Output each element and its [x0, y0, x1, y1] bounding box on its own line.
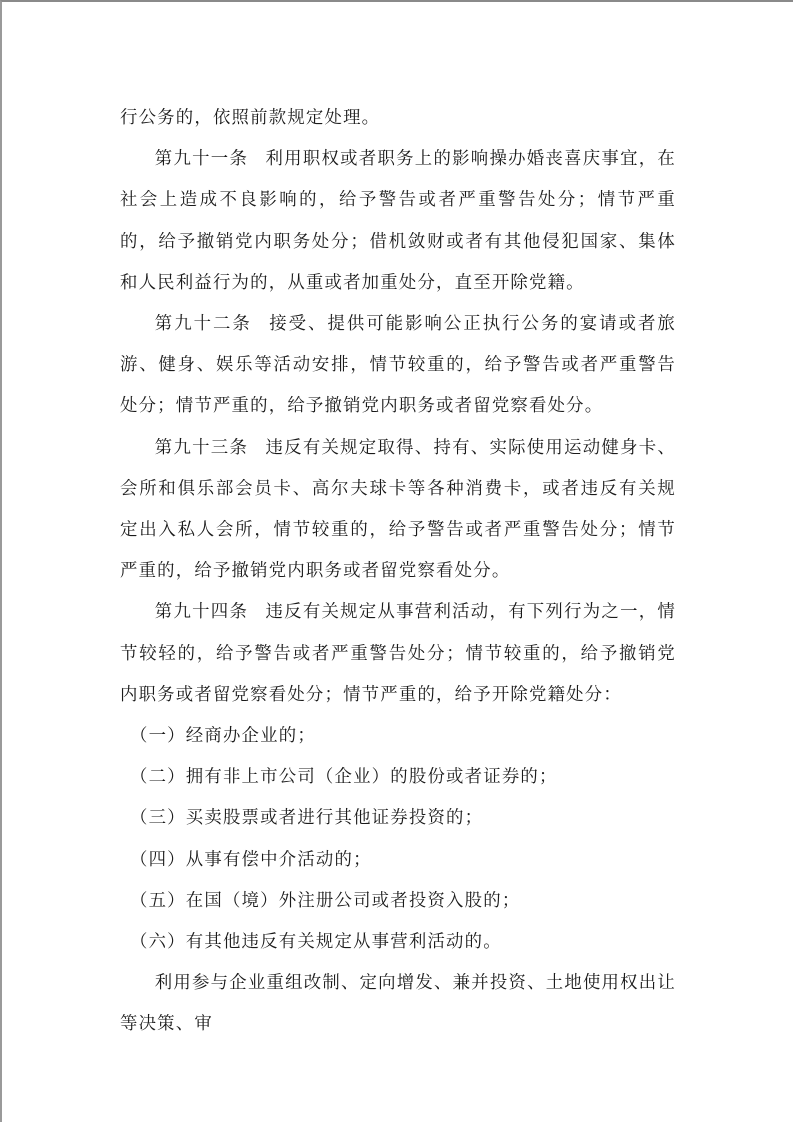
article-number: 第九十四条	[155, 602, 248, 622]
article-number: 第九十二条	[155, 314, 252, 334]
article-93: 第九十三条违反有关规定取得、持有、实际使用运动健身卡、会所和俱乐部会员卡、高尔夫…	[120, 428, 676, 593]
article-text: 利用职权或者职务上的影响操办婚丧喜庆事宜，在社会上造成不良影响的，给予警告或者严…	[120, 149, 676, 293]
article-text: 违反有关规定取得、持有、实际使用运动健身卡、会所和俱乐部会员卡、高尔夫球卡等各种…	[120, 438, 676, 582]
list-item: （六）有其他违反有关规定从事营利活动的。	[120, 922, 676, 963]
document-page: 行公务的，依照前款规定处理。 第九十一条利用职权或者职务上的影响操办婚丧喜庆事宜…	[2, 2, 793, 1122]
article-number: 第九十一条	[155, 149, 248, 169]
article-94: 第九十四条违反有关规定从事营利活动，有下列行为之一，情节较轻的，给予警告或者严重…	[120, 592, 676, 716]
trailing-paragraph: 利用参与企业重组改制、定向增发、兼并投资、土地使用权出让等决策、审	[120, 963, 676, 1045]
violation-list: （一）经商办企业的； （二）拥有非上市公司（企业）的股份或者证券的； （三）买卖…	[120, 716, 676, 963]
article-91: 第九十一条利用职权或者职务上的影响操办婚丧喜庆事宜，在社会上造成不良影响的，给予…	[120, 139, 676, 304]
article-number: 第九十三条	[155, 438, 248, 458]
list-item: （一）经商办企业的；	[120, 716, 676, 757]
list-item: （五）在国（境）外注册公司或者投资入股的；	[120, 881, 676, 922]
list-item: （二）拥有非上市公司（企业）的股份或者证券的；	[120, 757, 676, 798]
list-item: （三）买卖股票或者进行其他证券投资的；	[120, 798, 676, 839]
continuation-paragraph: 行公务的，依照前款规定处理。	[120, 98, 676, 139]
article-92: 第九十二条接受、提供可能影响公正执行公务的宴请或者旅游、健身、娱乐等活动安排，情…	[120, 304, 676, 428]
list-item: （四）从事有偿中介活动的；	[120, 840, 676, 881]
document-body: 行公务的，依照前款规定处理。 第九十一条利用职权或者职务上的影响操办婚丧喜庆事宜…	[120, 98, 676, 1046]
